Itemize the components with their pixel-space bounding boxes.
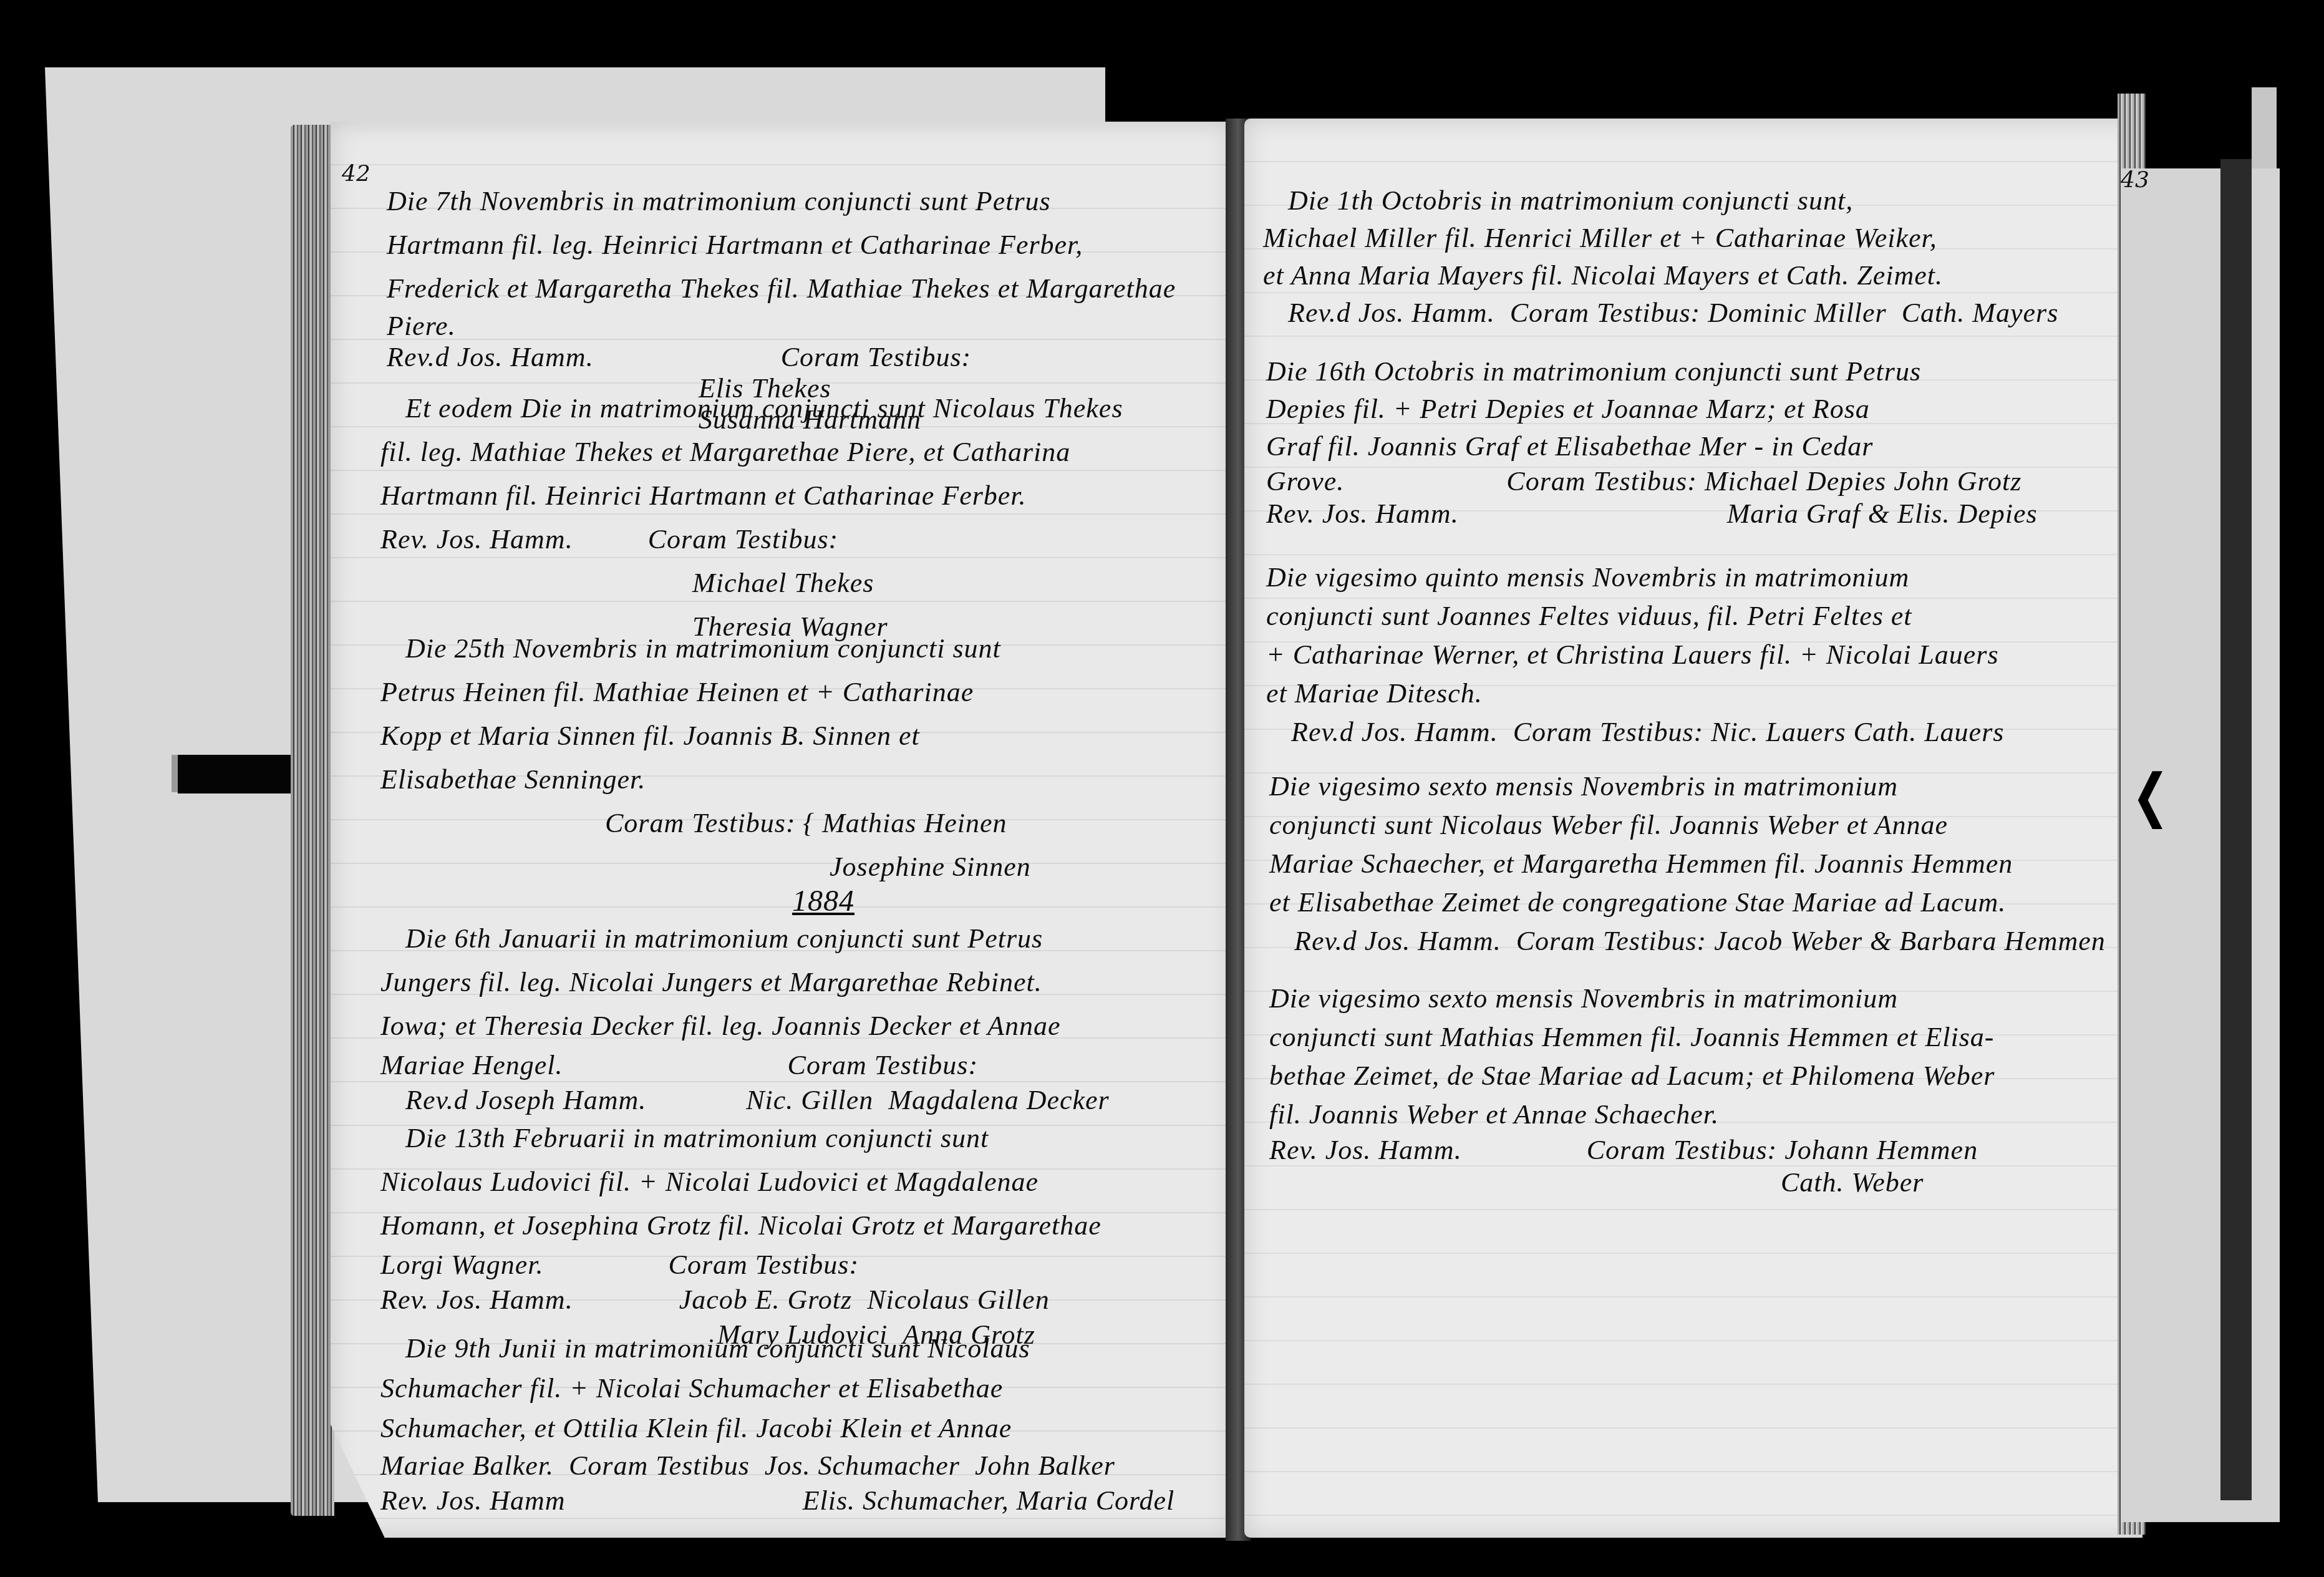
witnesses-label: Coram Testibus: [1510,298,1701,328]
officiant: Rev.d Jos. Hamm. [387,342,594,372]
entry-line: Frederick et Margaretha Thekes fil. Math… [387,267,1176,311]
entry-line: + Catharinae Werner, et Christina Lauers… [1266,636,2004,674]
witness: Michael Thekes [380,561,1123,605]
witness: Cath. Mayers [1902,298,2059,328]
entry-line: conjuncti sunt Joannes Feltes viduus, fi… [1266,597,2004,636]
entry-line: et Mariae Ditesch. [1266,674,2004,713]
entry-line: Die 1th Octobris in matrimonium conjunct… [1263,182,2058,220]
register-entry: Die 16th Octobris in matrimonium conjunc… [1266,353,2038,530]
entry-line: Die 9th Junii in matrimonium conjuncti s… [380,1329,1174,1369]
entry-line: Piere. [387,311,1176,342]
witness: Maria Cordel [1017,1485,1175,1516]
witness: Cath. Lauers [1854,717,2005,747]
entry-line: Mariae Hengel. [380,1050,563,1080]
witness: Dominic Miller [1708,298,1887,328]
entry-line: Et eodem Die in matrimonium conjuncti su… [380,387,1123,430]
entry-line: Graf fil. Joannis Graf et Elisabethae Me… [1266,428,2038,465]
insert-dark-strip [2220,159,2252,1500]
register-entry: Die 13th Februarii in matrimonium conjun… [380,1117,1101,1352]
witness: Nicolaus Gillen [867,1284,1049,1315]
entry-line: Homann, et Josephina Grotz fil. Nicolai … [380,1204,1101,1248]
officiant: Rev. Jos. Hamm. [380,1284,573,1315]
entry-line: Die vigesimo sexto mensis Novembris in m… [1269,979,1995,1018]
witness: John Balker [975,1450,1115,1481]
officiant: Rev. Jos. Hamm. [1266,498,1459,529]
register-entry: Die 6th Januarii in matrimonium conjunct… [380,917,1110,1118]
entry-line: Grove. [1266,466,1344,497]
page-number-right: 43 [2121,167,2149,193]
witnesses-label: Coram Testibus: [594,342,972,372]
register-entry: Die vigesimo sexto mensis Novembris in m… [1269,767,2106,961]
entry-line: Mariae Schaecher, et Margaretha Hemmen f… [1269,845,2106,883]
register-entry: Die 25th Novembris in matrimonium conjun… [380,627,1031,889]
witness: Mathias Heinen [822,808,1007,838]
entry-line: Die 6th Januarii in matrimonium conjunct… [380,917,1110,961]
entry-line: conjuncti sunt Nicolaus Weber fil. Joann… [1269,806,2106,845]
register-entry: Die vigesimo quinto mensis Novembris in … [1266,558,2004,752]
entry-line: Elisabethae Senninger. [380,758,1031,802]
entry-line: Die vigesimo quinto mensis Novembris in … [1266,558,2004,597]
entry-line: Die 16th Octobris in matrimonium conjunc… [1266,353,2038,391]
witnesses-label: Coram Testibus: [573,524,839,555]
entry-line: Schumacher fil. + Nicolai Schumacher et … [380,1369,1174,1409]
witnesses-label: Coram Testibus: [1513,717,1704,747]
register-entry: Die 1th Octobris in matrimonium conjunct… [1263,182,2058,332]
witness: Cath. Weber [1269,1167,1995,1199]
officiant: Rev. Jos. Hamm. [1269,1135,1462,1165]
entry-line: Michael Miller fil. Henrici Miller et + … [1263,220,2058,257]
entry-line: Schumacher, et Ottilia Klein fil. Jacobi… [380,1409,1174,1448]
entry-line: et Elisabethae Zeimet de congregatione S… [1269,883,2106,922]
bookmark-tab [178,755,293,793]
witness: Nic. Lauers [1711,717,1846,747]
officiant: Rev.d Jos. Hamm. [1294,926,1501,956]
register-entry: Die vigesimo sexto mensis Novembris in m… [1269,979,1995,1199]
entry-line: Die 25th Novembris in matrimonium conjun… [380,627,1031,671]
officiant: Rev. Jos. Hamm. [380,524,573,555]
witness: Maria Graf [1459,498,1861,529]
witness: Jacob Weber [1714,926,1862,956]
witness: Michael Depies [1705,466,1886,497]
witnesses-label: Coram Testibus: [1462,1135,1778,1165]
register-entry: Die 9th Junii in matrimonium conjuncti s… [380,1329,1174,1518]
witnesses-label: Coram Testibus: [1516,926,1707,956]
register-entry: Et eodem Die in matrimonium conjuncti su… [380,387,1123,649]
entry-line: fil. leg. Mathiae Thekes et Margarethae … [380,430,1123,474]
entry-line: Die 7th Novembris in matrimonium conjunc… [387,180,1176,223]
page-number-left: 42 [342,161,370,187]
entry-line: Kopp et Maria Sinnen fil. Joannis B. Sin… [380,714,1031,758]
entry-line: Die 13th Februarii in matrimonium conjun… [380,1117,1101,1160]
officiant: Rev.d Jos. Hamm. [1291,717,1498,747]
margin-mark-icon: ❬ [2127,767,2177,817]
witness: Elis. Depies [1897,498,2038,529]
left-page-block-edges [291,125,334,1516]
entry-line: fil. Joannis Weber et Annae Schaecher. [1269,1095,1995,1134]
insert-sheet [2121,168,2280,1522]
entry-line: conjuncti sunt Mathias Hemmen fil. Joann… [1269,1018,1995,1057]
entry-line: Hartmann fil. leg. Heinrici Hartmann et … [387,223,1176,267]
entry-line: Iowa; et Theresia Decker fil. leg. Joann… [380,1004,1110,1048]
entry-line: Depies fil. + Petri Depies et Joannae Ma… [1266,391,2038,428]
entry-line: Nicolaus Ludovici fil. + Nicolai Ludovic… [380,1160,1101,1204]
witness: Josephine Sinnen [380,845,1031,889]
witness: Jacob E. Grotz [573,1284,853,1315]
entry-line: Die vigesimo sexto mensis Novembris in m… [1269,767,2106,806]
witnesses-label: Coram Testibus [569,1450,750,1481]
entry-line: Hartmann fil. Heinrici Hartmann et Catha… [380,474,1123,518]
entry-line: Jungers fil. leg. Nicolai Jungers et Mar… [380,961,1110,1004]
officiant: Rev. Jos. Hamm [380,1485,566,1516]
entry-line: bethae Zeimet, de Stae Mariae ad Lacum; … [1269,1057,1995,1095]
witness: Johann Hemmen [1784,1135,1978,1165]
witness: John Grotz [1894,466,2021,497]
entry-line: et Anna Maria Mayers fil. Nicolai Mayers… [1263,257,2058,294]
officiant: Rev.d Joseph Hamm. [380,1085,646,1115]
witness: Elis. Schumacher [566,1485,1002,1516]
entry-line: Mariae Balker. [380,1450,554,1481]
witnesses-label: Coram Testibus: [563,1050,979,1080]
entry-line: Petrus Heinen fil. Mathiae Heinen et + C… [380,671,1031,714]
witness: Nic. Gillen [646,1085,873,1115]
witness: Magdalena Decker [888,1085,1109,1115]
witnesses-label: Coram Testibus: [1344,466,1697,497]
officiant: Rev.d Jos. Hamm. [1263,298,1495,328]
entry-line: Lorgi Wagner. [380,1249,544,1280]
witness: Barbara Hemmen [1899,926,2106,956]
witness: Jos. Schumacher [765,1450,960,1481]
witnesses-label: Coram Testibus: [544,1249,859,1280]
witnesses-label: Coram Testibus: [605,808,796,838]
